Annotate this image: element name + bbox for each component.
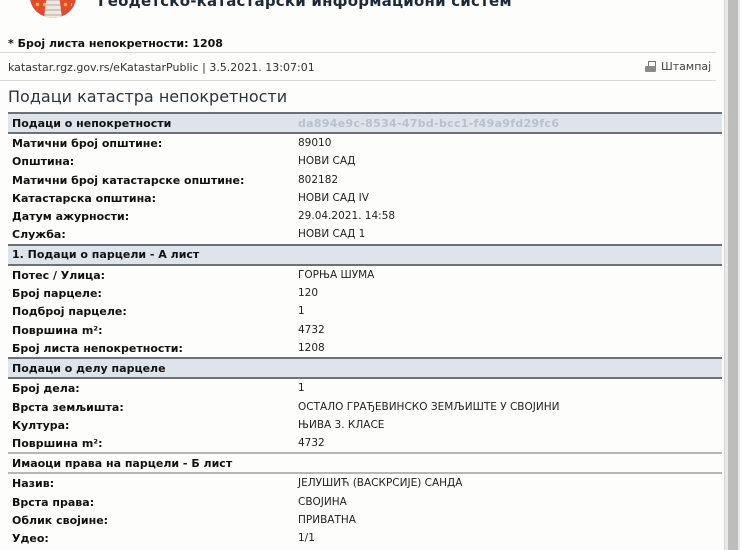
section-title: Подаци о непокретности bbox=[12, 117, 171, 130]
row-label: Служба: bbox=[12, 228, 66, 241]
row-label: Датум ажурности: bbox=[12, 210, 129, 223]
row-label: Број дела: bbox=[12, 382, 80, 395]
page: Геодетско-катастарски информациони систе… bbox=[0, 0, 724, 550]
table-row: Служба: НОВИ САД 1 bbox=[8, 225, 722, 243]
row-label: Облик својине: bbox=[12, 514, 108, 527]
section-header-parcel-part: Подаци о делу парцеле bbox=[8, 357, 722, 379]
row-value: НОВИ САД bbox=[298, 155, 355, 167]
row-value: 4732 bbox=[298, 324, 325, 336]
sheet-number-heading: * Број листа непокретности: 1208 bbox=[8, 37, 223, 50]
printer-icon bbox=[645, 61, 657, 73]
table-row: Врста права: СВОЈИНА bbox=[8, 493, 722, 511]
print-label: Штампај bbox=[661, 60, 711, 73]
row-label: Општина: bbox=[12, 155, 74, 168]
section-title: Подаци о делу парцеле bbox=[12, 362, 166, 375]
row-value: ЈЕЛУШИЋ (ВАСКРСИЈЕ) САНДА bbox=[298, 477, 462, 489]
row-value: 1208 bbox=[298, 342, 325, 354]
section-header-rights-holders-b-sheet: Имаоци права на парцели - Б лист bbox=[8, 452, 722, 474]
scrollbar-thumb[interactable] bbox=[728, 0, 738, 550]
row-label: Врста земљишта: bbox=[12, 401, 124, 414]
divider bbox=[0, 80, 716, 81]
section-title: Имаоци права на парцели - Б лист bbox=[12, 457, 232, 470]
table-row: Матични број катастарске општине: 802182 bbox=[8, 171, 722, 189]
table-row: Катастарска општина: НОВИ САД IV bbox=[8, 189, 722, 207]
table-row: Подброј парцеле: 1 bbox=[8, 302, 722, 320]
row-label: Површина m²: bbox=[12, 437, 103, 450]
site-header: Геодетско-катастарски информациони систе… bbox=[0, 0, 724, 14]
row-value: НОВИ САД IV bbox=[298, 192, 369, 204]
row-value: ГОРЊА ШУМА bbox=[298, 269, 374, 281]
table-row: Број листа непокретности: 1208 bbox=[8, 339, 722, 357]
table-row: Потес / Улица: ГОРЊА ШУМА bbox=[8, 266, 722, 284]
row-label: Број листа непокретности: bbox=[12, 342, 183, 355]
table-row: Удео: 1/1 bbox=[8, 529, 722, 547]
cadastre-data-table: Подаци о непокретности da894e9c-8534-47b… bbox=[8, 112, 722, 548]
row-value: ЊИВА 3. КЛАСЕ bbox=[298, 419, 384, 431]
row-label: Површина m²: bbox=[12, 324, 103, 337]
table-row: Врста земљишта: ОСТАЛО ГРАЂЕВИНСКО ЗЕМЉИ… bbox=[8, 398, 722, 416]
row-value: 89010 bbox=[298, 137, 331, 149]
page-title: Подаци катастра непокретности bbox=[8, 87, 287, 106]
row-value: ОСТАЛО ГРАЂЕВИНСКО ЗЕМЉИШТЕ У СВОЈИНИ bbox=[298, 401, 559, 413]
section-header-property: Подаци о непокретности da894e9c-8534-47b… bbox=[8, 112, 722, 134]
row-value: 1/1 bbox=[298, 532, 315, 544]
property-id: da894e9c-8534-47bd-bcc1-f49a9fd29fc6 bbox=[298, 117, 559, 130]
table-row: Број дела: 1 bbox=[8, 379, 722, 397]
row-label: Матични број катастарске општине: bbox=[12, 174, 244, 187]
row-label: Матични број општине: bbox=[12, 137, 162, 150]
row-label: Назив: bbox=[12, 477, 54, 490]
table-row: Матични број општине: 89010 bbox=[8, 134, 722, 152]
logo-tower bbox=[44, 0, 62, 18]
row-value: 4732 bbox=[298, 437, 325, 449]
divider bbox=[0, 52, 716, 53]
row-value: ПРИВАТНА bbox=[298, 514, 356, 526]
table-row: Број парцеле: 120 bbox=[8, 284, 722, 302]
table-row: Датум ажурности: 29.04.2021. 14:58 bbox=[8, 207, 722, 225]
source-and-timestamp: katastar.rgz.gov.rs/eKatastarPublic | 3.… bbox=[8, 61, 315, 74]
row-label: Потес / Улица: bbox=[12, 269, 105, 282]
row-label: Удео: bbox=[12, 532, 49, 545]
row-value: 120 bbox=[298, 287, 318, 299]
row-label: Подброј парцеле: bbox=[12, 305, 127, 318]
site-title: Геодетско-катастарски информациони систе… bbox=[98, 0, 512, 10]
row-label: Катастарска општина: bbox=[12, 192, 156, 205]
row-value: 802182 bbox=[298, 174, 338, 186]
vertical-scrollbar[interactable] bbox=[724, 0, 740, 550]
print-button[interactable]: Штампај bbox=[645, 60, 711, 73]
row-label: Број парцеле: bbox=[12, 287, 102, 300]
section-title: 1. Подаци о парцели - А лист bbox=[12, 248, 199, 261]
row-value: СВОЈИНА bbox=[298, 496, 347, 508]
row-label: Врста права: bbox=[12, 496, 94, 509]
table-row: Облик својине: ПРИВАТНА bbox=[8, 511, 722, 529]
table-row: Култура: ЊИВА 3. КЛАСЕ bbox=[8, 416, 722, 434]
table-row: Општина: НОВИ САД bbox=[8, 152, 722, 170]
table-row: Површина m²: 4732 bbox=[8, 434, 722, 452]
table-row: Површина m²: 4732 bbox=[8, 321, 722, 339]
table-row: Назив: ЈЕЛУШИЋ (ВАСКРСИЈЕ) САНДА bbox=[8, 474, 722, 492]
row-value: 1 bbox=[298, 382, 305, 394]
section-header-parcel-a-sheet: 1. Подаци о парцели - А лист bbox=[8, 244, 722, 266]
row-label: Култура: bbox=[12, 419, 69, 432]
row-value: НОВИ САД 1 bbox=[298, 228, 365, 240]
row-value: 1 bbox=[298, 305, 305, 317]
rgz-logo bbox=[30, 0, 76, 18]
row-value: 29.04.2021. 14:58 bbox=[298, 210, 395, 222]
